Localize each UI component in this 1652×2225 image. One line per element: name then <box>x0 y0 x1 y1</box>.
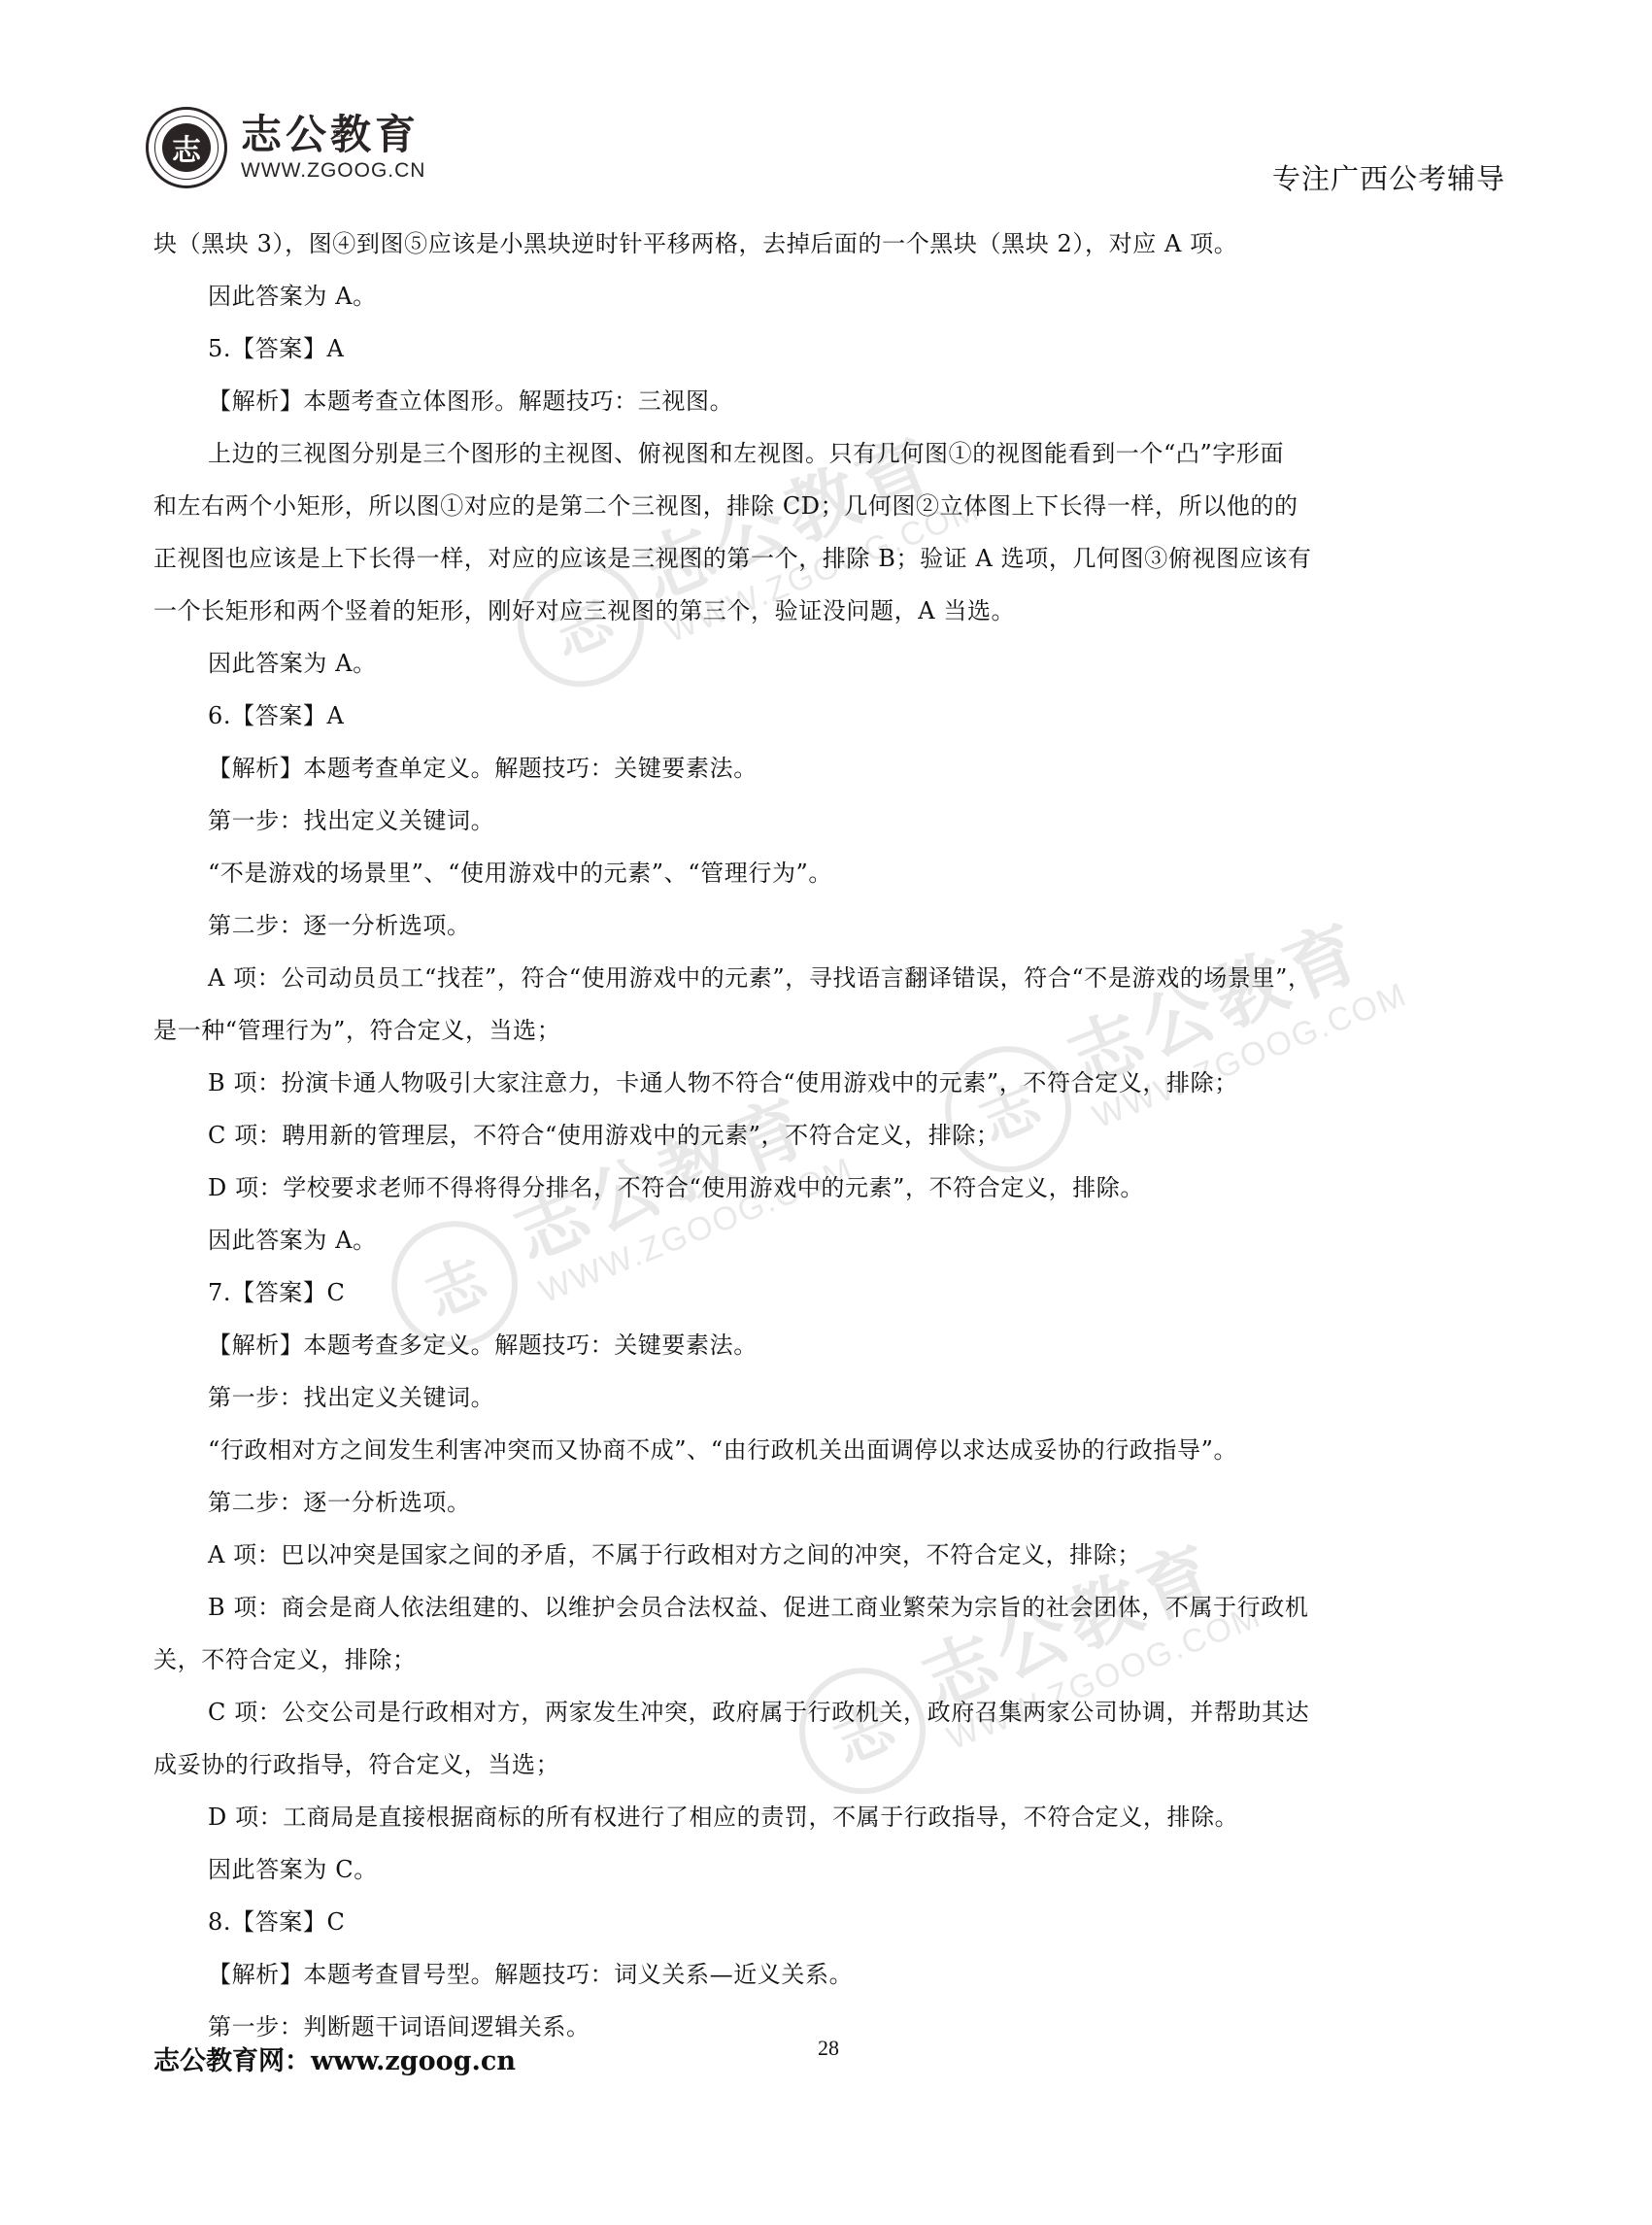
step-line: 第一步：找出定义关键词。 <box>153 1371 1503 1424</box>
logo-seal-icon: 志 <box>146 107 227 188</box>
conclusion-line: 因此答案为 C。 <box>153 1843 1503 1896</box>
option-c-continuation: 成妥协的行政指导，符合定义，当选； <box>153 1738 1503 1791</box>
paragraph-line: 一个长矩形和两个竖着的矩形，刚好对应三视图的第三个，验证没问题，A 当选。 <box>153 585 1503 637</box>
analysis-heading: 【解析】本题考查立体图形。解题技巧：三视图。 <box>153 375 1503 427</box>
analysis-heading: 【解析】本题考查单定义。解题技巧：关键要素法。 <box>153 742 1503 794</box>
answer-heading-6: 6.【答案】A <box>153 690 1503 742</box>
conclusion-line: 因此答案为 A。 <box>153 637 1503 690</box>
answer-heading-5: 5.【答案】A <box>153 322 1503 375</box>
paragraph-line: 正视图也应该是上下长得一样，对应的应该是三视图的第一个，排除 B；验证 A 选项… <box>153 532 1503 585</box>
answer-heading-7: 7.【答案】C <box>153 1266 1503 1319</box>
conclusion-line: 因此答案为 A。 <box>153 270 1503 322</box>
logo-name: 志公教育 <box>241 111 420 158</box>
paragraph-continuation: 块（黑块 3），图④到图⑤应该是小黑块逆时针平移两格，去掉后面的一个黑块（黑块 … <box>153 218 1503 270</box>
brand-logo: 志 志公教育 ® WWW.ZGOOG.CN <box>146 107 425 188</box>
step-line: 第一步：找出定义关键词。 <box>153 794 1503 847</box>
paragraph-line: 和左右两个小矩形，所以图①对应的是第二个三视图，排除 CD；几何图②立体图上下长… <box>153 480 1503 532</box>
option-b-continuation: 关，不符合定义，排除； <box>153 1634 1503 1686</box>
analysis-heading: 【解析】本题考查多定义。解题技巧：关键要素法。 <box>153 1319 1503 1371</box>
page-number: 28 <box>818 2036 839 2061</box>
option-b-line: B 项：扮演卡通人物吸引大家注意力，卡通人物不符合“使用游戏中的元素”，不符合定… <box>153 1057 1503 1109</box>
answer-heading-8: 8.【答案】C <box>153 1896 1503 1948</box>
registered-mark: ® <box>332 111 348 155</box>
step-line: 第二步：逐一分析选项。 <box>153 1476 1503 1529</box>
paragraph-line: 上边的三视图分别是三个图形的主视图、俯视图和左视图。只有几何图①的视图能看到一个… <box>153 427 1503 480</box>
footer-site-link[interactable]: 志公教育网：www.zgoog.cn <box>153 2040 516 2077</box>
logo-text: 志公教育 ® WWW.ZGOOG.CN <box>241 113 425 183</box>
logo-url: WWW.ZGOOG.CN <box>241 159 425 183</box>
option-a-line: A 项：巴以冲突是国家之间的矛盾，不属于行政相对方之间的冲突，不符合定义，排除； <box>153 1529 1503 1581</box>
header-tagline: 专注广西公考辅导 <box>1272 157 1505 197</box>
keywords-line: “行政相对方之间发生利害冲突而又协商不成”、“由行政机关出面调停以求达成妥协的行… <box>153 1424 1503 1476</box>
keywords-line: “不是游戏的场景里”、“使用游戏中的元素”、“管理行为”。 <box>153 847 1503 899</box>
document-body: 块（黑块 3），图④到图⑤应该是小黑块逆时针平移两格，去掉后面的一个黑块（黑块 … <box>153 218 1503 2053</box>
option-d-line: D 项：学校要求老师不得将得分排名，不符合“使用游戏中的元素”，不符合定义，排除… <box>153 1162 1503 1214</box>
conclusion-line: 因此答案为 A。 <box>153 1214 1503 1266</box>
option-b-line: B 项：商会是商人依法组建的、以维护会员合法权益、促进工商业繁荣为宗旨的社会团体… <box>153 1581 1503 1634</box>
option-a-continuation: 是一种“管理行为”，符合定义，当选； <box>153 1004 1503 1057</box>
step-line: 第二步：逐一分析选项。 <box>153 899 1503 952</box>
option-a-line: A 项：公司动员员工“找茬”，符合“使用游戏中的元素”，寻找语言翻译错误，符合“… <box>153 952 1503 1004</box>
page-header: 志 志公教育 ® WWW.ZGOOG.CN 专注广西公考辅导 <box>146 107 1505 214</box>
option-c-line: C 项：公交公司是行政相对方，两家发生冲突，政府属于行政机关，政府召集两家公司协… <box>153 1686 1503 1738</box>
analysis-heading: 【解析】本题考查冒号型。解题技巧：词义关系—近义关系。 <box>153 1948 1503 2001</box>
option-d-line: D 项：工商局是直接根据商标的所有权进行了相应的责罚，不属于行政指导，不符合定义… <box>153 1791 1503 1843</box>
logo-seal-char: 志 <box>162 123 211 172</box>
option-c-line: C 项：聘用新的管理层，不符合“使用游戏中的元素”，不符合定义，排除； <box>153 1109 1503 1162</box>
